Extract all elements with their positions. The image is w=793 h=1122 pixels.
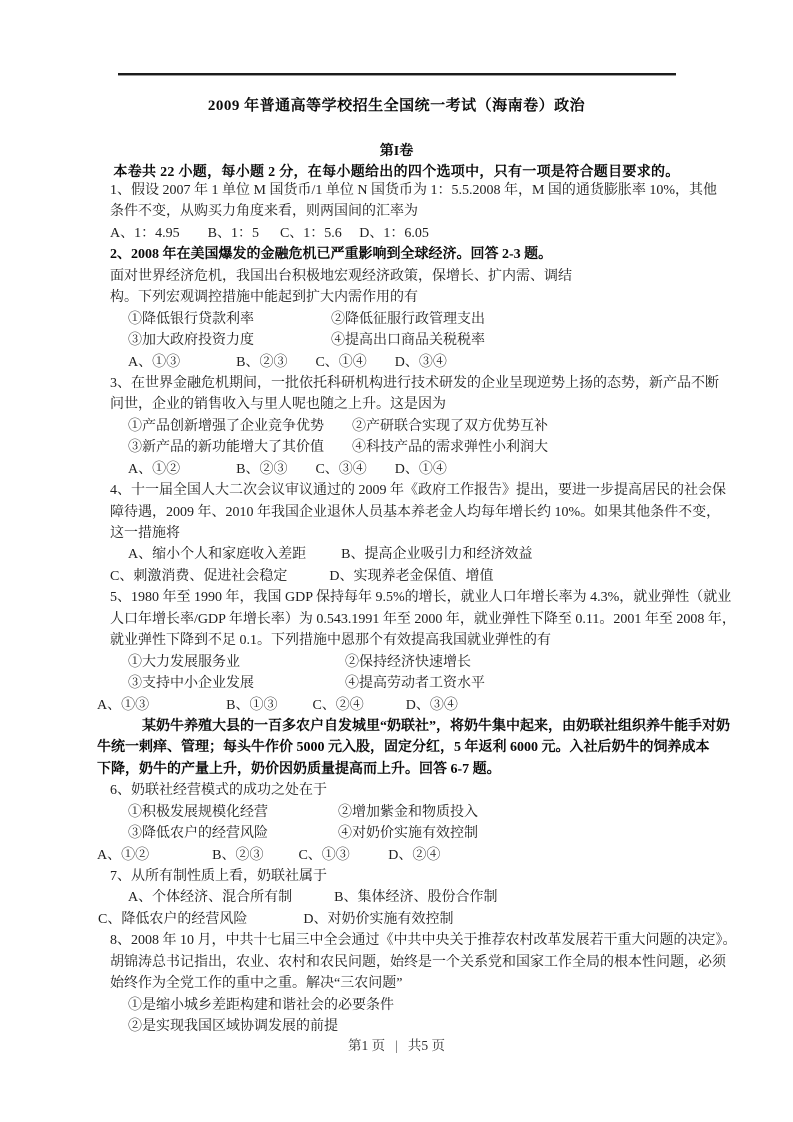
q5-text-1: 5、1980 年至 1990 年，我国 GDP 保持每年 9.5%的增长，就业人… xyxy=(0,587,793,608)
document-body: 1、假设 2007 年 1 单位 M 国货币/1 单位 N 国货币为 1：5.5… xyxy=(0,180,793,1038)
exam-instructions: 本卷共 22 小题，每小题 2 分，在每小题给出的四个选项中，只有一项是符合题目… xyxy=(0,161,793,181)
q8-text-3: 始终作为全党工作的重中之重。解决“三农问题” xyxy=(0,973,793,994)
section-heading: 第I卷 xyxy=(0,140,793,160)
q5-subitems-2: ③支持中小企业发展 ④提高劳动者工资水平 xyxy=(0,673,793,694)
q2-subitems-2: ③加大政府投资力度 ④提高出口商品关税税率 xyxy=(0,330,793,351)
q4-text-2: 障待遇，2009 年、2010 年我国企业退休人员基本养老金人均每年增长约 10… xyxy=(0,502,793,523)
q3-subitems-1: ①产品创新增强了企业竞争优势 ②产研联合实现了双方优势互补 xyxy=(0,416,793,437)
milk-lead-3: 下降，奶牛的产量上升，奶价因奶质量提高而上升。回答 6-7 题。 xyxy=(0,759,793,780)
q3-subitems-2: ③新产品的新功能增大了其价值 ④科技产品的需求弹性小利润大 xyxy=(0,437,793,458)
page-footer: 第1 页|共5 页 xyxy=(0,1034,793,1054)
q2-text-1: 面对世界经济危机，我国出台积极地宏观经济政策，保增长、扩内需、调结 xyxy=(0,266,793,287)
milk-lead-1: 某奶牛养殖大县的一百多农户自发城里“奶联社”，将奶牛集中起来，由奶联社组织养牛能… xyxy=(0,716,793,737)
q4-options-cd: C、刺激消费、促进社会稳定 D、实现养老金保值、增值 xyxy=(0,566,793,587)
q8-text-1: 8、2008 年 10 月，中共十七届三中全会通过《中共中央关于推荐农村改革发展… xyxy=(0,930,793,951)
q7-text-1: 7、从所有制性质上看，奶联社属于 xyxy=(0,866,793,887)
q7-options-ab: A、个体经济、混合所有制 B、集体经济、股份合作制 xyxy=(0,887,793,908)
q6-text-1: 6、奶联社经营模式的成功之处在于 xyxy=(0,780,793,801)
q4-options-ab: A、缩小个人和家庭收入差距 B、提高企业吸引力和经济效益 xyxy=(0,544,793,565)
q5-subitems-1: ①大力发展服务业 ②保持经济快速增长 xyxy=(0,652,793,673)
q6-options: A、①② B、②③ C、①③ D、②④ xyxy=(0,845,793,866)
page-title: 2009 年普通高等学校招生全国统一考试（海南卷）政治 xyxy=(0,94,793,115)
q6-subitems-2: ③降低农户的经营风险 ④对奶价实施有效控制 xyxy=(0,823,793,844)
milk-lead-2: 牛统一剌痒、管理；每头牛作价 5000 元入股，固定分红，5 年返利 6000 … xyxy=(0,737,793,758)
q1-text-1: 1、假设 2007 年 1 单位 M 国货币/1 单位 N 国货币为 1：5.5… xyxy=(0,180,793,201)
footer-separator: | xyxy=(395,1038,398,1053)
q1-options: A、1：4.95 B、1：5 C、1：5.6 D、1：6.05 xyxy=(0,223,793,244)
q5-text-3: 就业弹性下降到不足 0.1。下列措施中恩那个有效提高我国就业弹性的有 xyxy=(0,630,793,651)
q1-text-2: 条件不变，从购买力角度来看，则两国间的汇率为 xyxy=(0,201,793,222)
q6-subitems-1: ①积极发展规模化经营 ②增加紫金和物质投入 xyxy=(0,802,793,823)
q2-subitems-1: ①降低银行贷款利率 ②降低征服行政管理支出 xyxy=(0,309,793,330)
q3-options: A、①② B、②③ C、③④ D、①④ xyxy=(0,459,793,480)
document-page: 2009 年普通高等学校招生全国统一考试（海南卷）政治 第I卷 本卷共 22 小… xyxy=(0,0,793,1122)
q2-options: A、①③ B、②③ C、①④ D、③④ xyxy=(0,352,793,373)
q8-subitems-1: ①是缩小城乡差距构建和谐社会的必要条件 xyxy=(0,995,793,1016)
q3-text-2: 问世，企业的销售收入与里人呢也随之上升。这是因为 xyxy=(0,394,793,415)
q2-text-2: 构。下列宏观调控措施中能起到扩大内需作用的有 xyxy=(0,287,793,308)
footer-page-number: 第1 页 xyxy=(348,1038,385,1053)
q4-text-3: 这一措施将 xyxy=(0,523,793,544)
q7-options-cd: C、降低农户的经营风险 D、对奶价实施有效控制 xyxy=(0,909,793,930)
q4-text-1: 4、十一届全国人大二次会议审议通过的 2009 年《政府工作报告》提出，要进一步… xyxy=(0,480,793,501)
q5-options: A、①③ B、①③ C、②④ D、③④ xyxy=(0,695,793,716)
q8-text-2: 胡锦涛总书记指出，农业、农村和农民问题，始终是一个关系党和国家工作全局的根本性问… xyxy=(0,952,793,973)
q2-lead: 2、2008 年在美国爆发的金融危机已严重影响到全球经济。回答 2-3 题。 xyxy=(0,244,793,265)
q5-text-2: 人口年增长率/GDP 年增长率）为 0.543.1991 年至 2000 年，就… xyxy=(0,609,793,630)
footer-total-pages: 共5 页 xyxy=(408,1038,445,1053)
q3-text-1: 3、在世界金融危机期间，一批依托科研机构进行技术研发的企业呈现逆势上扬的态势，新… xyxy=(0,373,793,394)
horizontal-rule xyxy=(118,73,676,76)
